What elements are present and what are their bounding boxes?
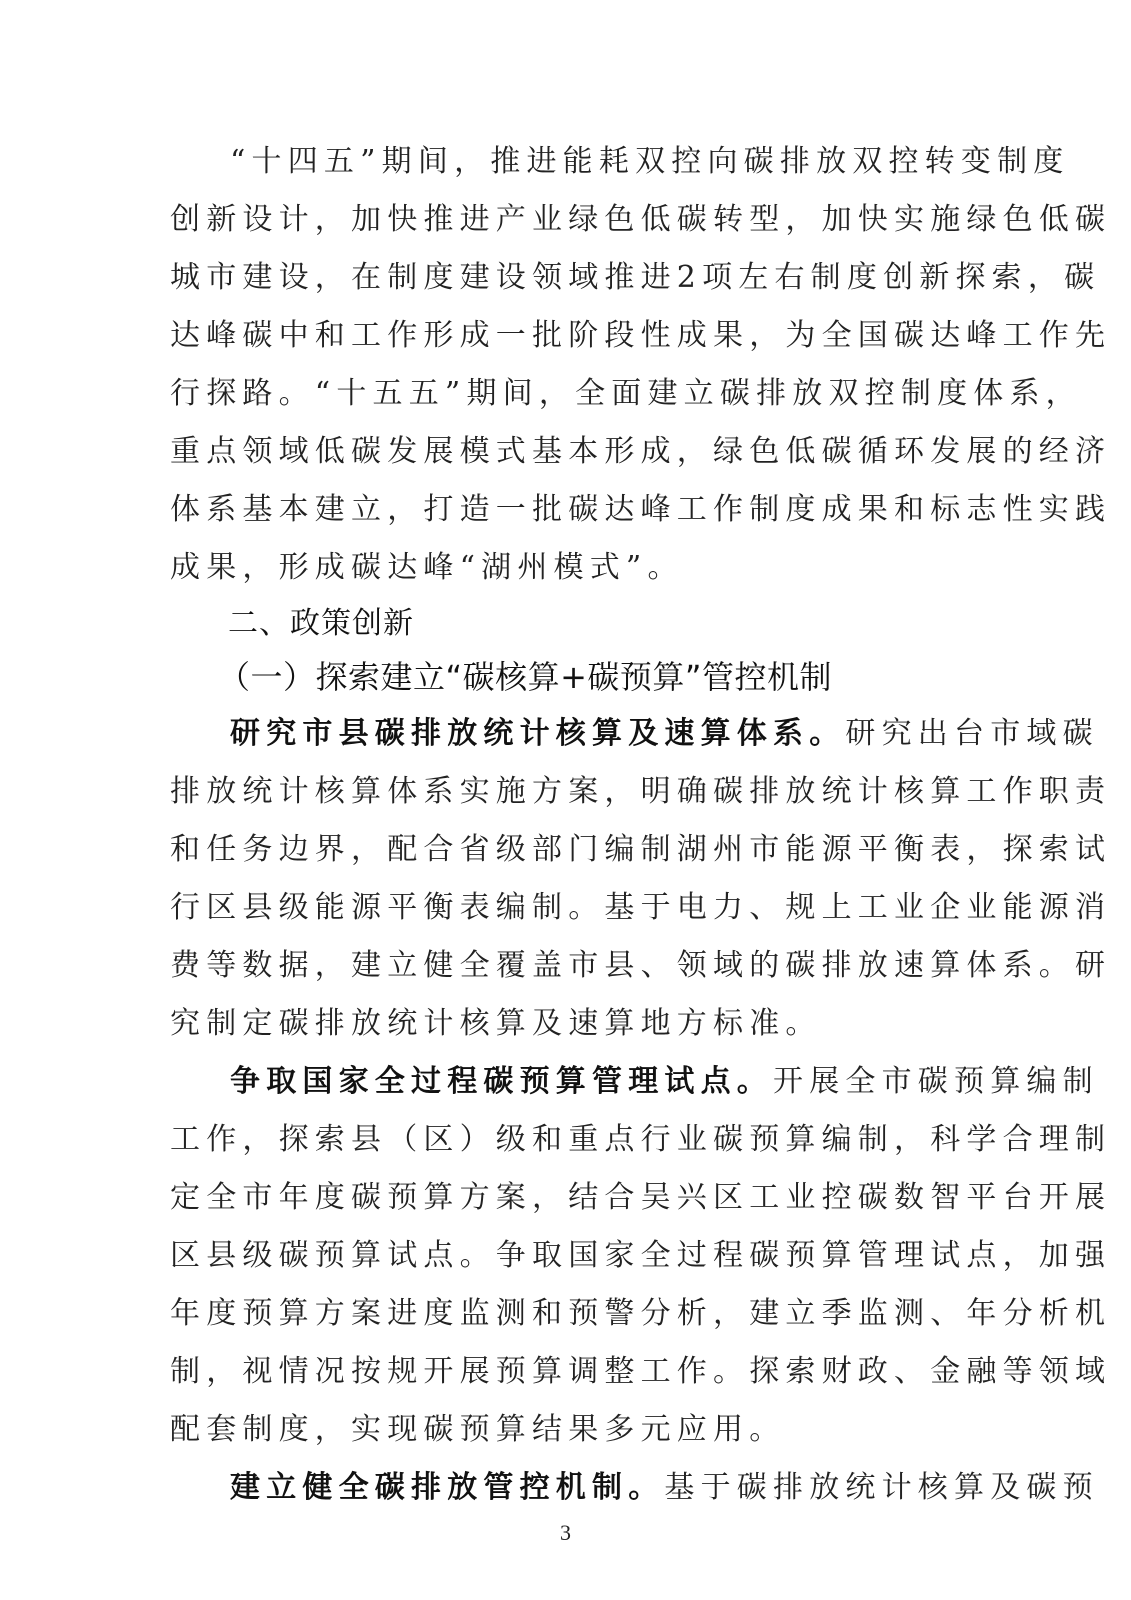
section-heading: 二、政策创新 [228, 604, 414, 644]
paragraph-3-line-3: 定全市年度碳预算方案，结合吴兴区工业控碳数智平台开展 [170, 1178, 950, 1218]
paragraph-2-line-1: 研究市县碳排放统计核算及速算体系。研究出台市域碳 [230, 714, 950, 754]
document-page: “十四五”期间，推进能耗双控向碳排放双控转变制度 创新设计，加快推进产业绿色低碳… [0, 0, 1131, 1600]
paragraph-3-line-5: 年度预算方案进度监测和预警分析，建立季监测、年分析机 [170, 1294, 950, 1334]
paragraph-4-line-1: 建立健全碳排放管控机制。基于碳排放统计核算及碳预 [230, 1468, 950, 1508]
paragraph-1-line-5: 行探路。“十五五”期间，全面建立碳排放双控制度体系， [170, 374, 950, 414]
paragraph-2-lead: 研究市县碳排放统计核算及速算体系。 [230, 716, 845, 751]
paragraph-3-lead: 争取国家全过程碳预算管理试点。 [230, 1064, 773, 1099]
paragraph-1-line-6: 重点领域低碳发展模式基本形成，绿色低碳循环发展的经济 [170, 432, 950, 472]
paragraph-2-line-3: 和任务边界，配合省级部门编制湖州市能源平衡表，探索试 [170, 830, 950, 870]
paragraph-4-lead: 建立健全碳排放管控机制。 [230, 1470, 664, 1505]
paragraph-1-line-3: 城市建设，在制度建设领域推进2项左右制度创新探索，碳 [170, 258, 950, 298]
paragraph-3-first-line-rest: 开展全市碳预算编制 [773, 1064, 1099, 1099]
paragraph-1-line-1: “十四五”期间，推进能耗双控向碳排放双控转变制度 [230, 142, 950, 182]
paragraph-2-line-6: 究制定碳排放统计核算及速算地方标准。 [170, 1004, 950, 1044]
paragraph-1-line-2: 创新设计，加快推进产业绿色低碳转型，加快实施绿色低碳 [170, 200, 950, 240]
paragraph-4-first-line-rest: 基于碳排放统计核算及碳预 [664, 1470, 1098, 1505]
subsection-heading: （一）探索建立“碳核算+碳预算”管控机制 [218, 656, 832, 698]
paragraph-2-first-line-rest: 研究出台市域碳 [845, 716, 1098, 751]
paragraph-1-line-7: 体系基本建立，打造一批碳达峰工作制度成果和标志性实践 [170, 490, 950, 530]
paragraph-2-line-5: 费等数据，建立健全覆盖市县、领域的碳排放速算体系。研 [170, 946, 950, 986]
paragraph-1-line-4: 达峰碳中和工作形成一批阶段性成果，为全国碳达峰工作先 [170, 316, 950, 356]
paragraph-3-line-7: 配套制度，实现碳预算结果多元应用。 [170, 1410, 950, 1450]
paragraph-1-line-8: 成果，形成碳达峰“湖州模式”。 [170, 548, 950, 588]
paragraph-2-line-4: 行区县级能源平衡表编制。基于电力、规上工业企业能源消 [170, 888, 950, 928]
paragraph-3-line-6: 制，视情况按规开展预算调整工作。探索财政、金融等领域 [170, 1352, 950, 1392]
page-number: 3 [0, 1520, 1131, 1546]
paragraph-2-line-2: 排放统计核算体系实施方案，明确碳排放统计核算工作职责 [170, 772, 950, 812]
paragraph-3-line-4: 区县级碳预算试点。争取国家全过程碳预算管理试点，加强 [170, 1236, 950, 1276]
paragraph-3-line-1: 争取国家全过程碳预算管理试点。开展全市碳预算编制 [230, 1062, 950, 1102]
paragraph-3-line-2: 工作，探索县（区）级和重点行业碳预算编制，科学合理制 [170, 1120, 950, 1160]
